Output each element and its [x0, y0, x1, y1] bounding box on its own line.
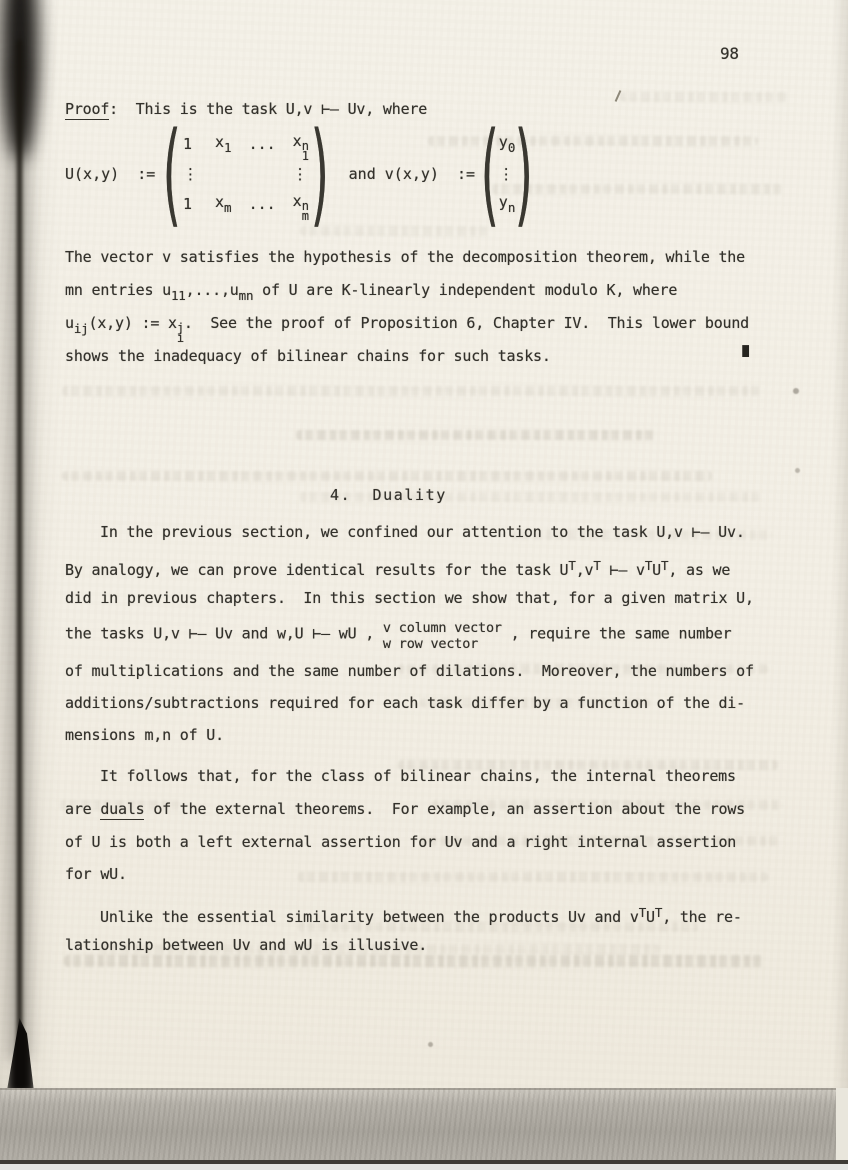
matrix-cell: 1 — [183, 135, 192, 153]
matrix-cell: 1 — [183, 195, 192, 213]
text-line: did in previous chapters. In this sectio… — [65, 589, 754, 608]
scan-artifact — [428, 1042, 433, 1047]
right-paren-icon: ) — [515, 118, 533, 230]
formula-mid: and v(x,y) := — [349, 165, 475, 183]
text-line: lationship between Uv and wU is illusive… — [65, 936, 427, 955]
bleed-through-line — [64, 955, 764, 967]
text-line: Unlike the essential similarity between … — [100, 903, 742, 927]
page-number: 98 — [720, 44, 739, 63]
matrix-cell: xnm — [293, 192, 309, 217]
book-spine-shadow — [17, 40, 22, 1088]
text-line: additions/subtractions required for each… — [65, 694, 745, 713]
proof-intro-line: Proof: This is the task U,v ⊢— Uv, where — [65, 100, 427, 119]
bleed-through-line — [492, 184, 782, 194]
matrix-u: 1 x1 ... xn1 ⋮ ⋮ 1 xm ... xnm — [183, 129, 309, 219]
text-line: uij(x,y) := xji. See the proof of Propos… — [65, 314, 749, 339]
text-line: It follows that, for the class of biline… — [100, 767, 736, 786]
bleed-through-line — [298, 872, 768, 882]
scan-artifact — [793, 388, 799, 394]
text-line: for wU. — [65, 865, 127, 884]
bleed-through-line — [62, 386, 762, 396]
text-line: mn entries u11,...,umn of U are K-linear… — [65, 281, 677, 305]
text-line: of multiplications and the same number o… — [65, 662, 754, 681]
text-line: mensions m,n of U. — [65, 726, 224, 745]
qed-box: ∎ — [740, 342, 751, 361]
text-line: The vector v satisfies the hypothesis of… — [65, 248, 745, 267]
matrix-cell: x1 — [215, 133, 232, 155]
scan-bottom-strip — [0, 1164, 848, 1170]
text-line: the tasks U,v ⊢— Uv and w,U ⊢— wU , v co… — [65, 618, 731, 650]
bleed-through-line — [620, 92, 790, 102]
vector-cell: y0 — [499, 133, 516, 155]
section-heading: 4. Duality — [330, 486, 447, 505]
formula-block: U(x,y) := ( 1 x1 ... xn1 ⋮ ⋮ 1 xm ... xn… — [65, 124, 529, 224]
bleed-through-line — [296, 430, 656, 440]
matrix-cell: xm — [215, 193, 232, 215]
page-edge-band — [0, 1088, 848, 1161]
matrix-cell: ... — [249, 135, 276, 153]
text-line: shows the inadequacy of bilinear chains … — [65, 347, 551, 366]
right-paren-icon: ) — [311, 118, 329, 230]
matrix-cell: xn1 — [293, 132, 309, 157]
scanned-book-page: 98 Proof: This is the task U,v ⊢— Uv, wh… — [0, 0, 848, 1170]
scan-artifact — [795, 468, 800, 473]
text-line: By analogy, we can prove identical resul… — [65, 556, 730, 580]
text-line: are duals of the external theorems. For … — [65, 800, 745, 819]
text-line: In the previous section, we confined our… — [100, 523, 745, 542]
bleed-through-line — [62, 471, 712, 481]
left-paren-icon: ( — [481, 118, 499, 230]
vector-cell: yn — [499, 193, 516, 215]
matrix-cell: ⋮ — [293, 165, 308, 183]
formula-lhs: U(x,y) := — [65, 165, 155, 183]
vector-cell: ⋮ — [499, 165, 514, 183]
matrix-cell: ⋮ — [183, 165, 198, 183]
page-edge-highlight — [836, 1088, 848, 1161]
text-line: of U is both a left external assertion f… — [65, 833, 736, 852]
matrix-cell: ... — [249, 195, 276, 213]
left-paren-icon: ( — [163, 118, 181, 230]
vector-v: y0 ⋮ yn — [499, 129, 516, 219]
